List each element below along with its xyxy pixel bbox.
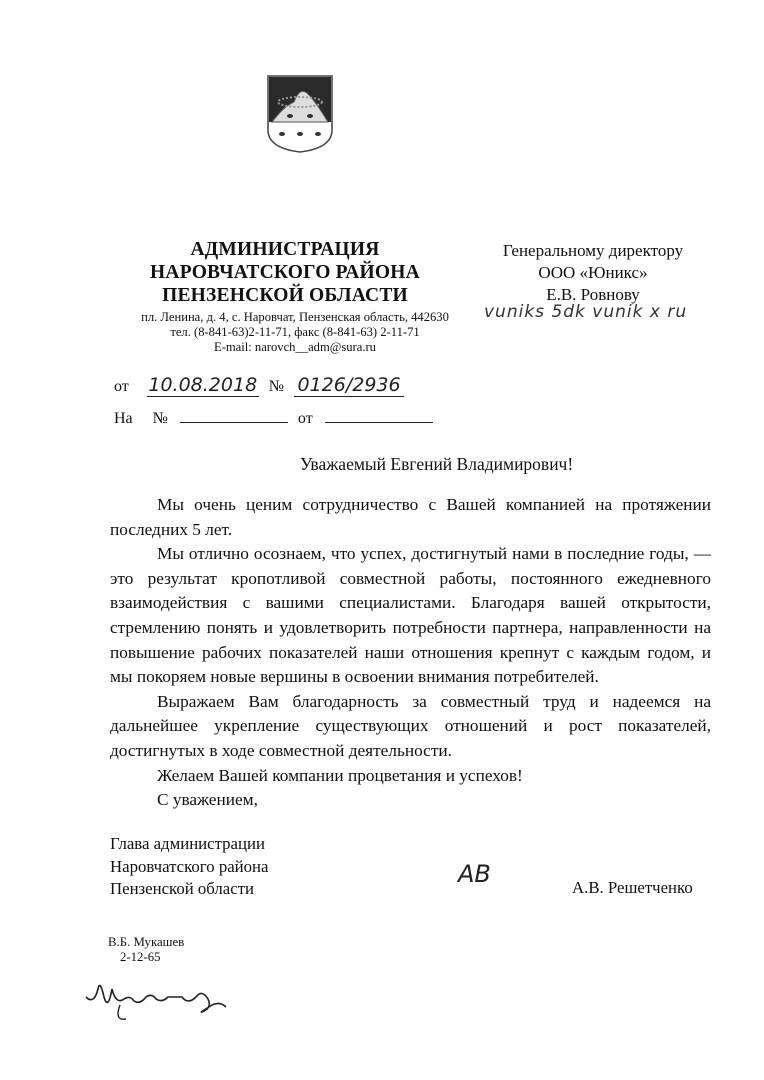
coat-of-arms-icon [264,72,336,154]
registration-date: 10.08.2018 [147,374,259,397]
from-label: от [114,378,129,396]
position-line: Наровчатского района [110,856,268,879]
number-label: № [269,378,284,396]
paragraph: Желаем Вашей компании процветания и успе… [110,764,711,789]
executor-block: В.Б. Мукашев 2-12-65 [108,935,184,965]
sender-contacts: пл. Ленина, д. 4, с. Наровчат, Пензенска… [134,310,456,355]
position-line: Глава администрации [110,833,268,856]
executor-phone: 2-12-65 [108,950,184,965]
reply-number-field [180,408,288,423]
recipient-block: Генеральному директору ООО «Юникс» Е.В. … [478,240,708,306]
handwritten-note: vuniks 5dk vunik x ru [484,302,687,322]
paragraph: Выражаем Вам благодарность за совместный… [110,690,711,764]
closing: С уважением, [110,788,711,813]
handwritten-signature: АВ [458,860,491,888]
signer-name: А.В. Решетченко [572,878,693,898]
org-line: АДМИНИСТРАЦИЯ [130,238,440,261]
paragraph: Мы отлично осознаем, что успех, достигну… [110,542,711,690]
reply-from-label: от [298,410,313,428]
registration-number: 0126/2936 [294,374,404,397]
reply-label: На [114,410,133,428]
reply-number-label: № [153,410,168,428]
executor-signature [80,975,230,1030]
paragraph: Мы очень ценим сотрудничество с Вашей ко… [110,493,711,542]
salutation: Уважаемый Евгений Владимирович! [0,454,764,475]
sender-phones: тел. (8-841-63)2-11-71, факс (8-841-63) … [134,325,456,340]
position-line: Пензенской области [110,878,268,901]
signer-position: Глава администрации Наровчатского района… [110,833,268,901]
registration-row: от 10.08.2018 № 0126/2936 [114,374,404,397]
sender-address: пл. Ленина, д. 4, с. Наровчат, Пензенска… [134,310,456,325]
sender-email: E-mail: narovch__adm@sura.ru [134,340,456,355]
letter-body: Мы очень ценим сотрудничество с Вашей ко… [110,493,711,813]
sender-organization: АДМИНИСТРАЦИЯ НАРОВЧАТСКОГО РАЙОНА ПЕНЗЕ… [130,238,440,307]
org-line: ПЕНЗЕНСКОЙ ОБЛАСТИ [130,284,440,307]
reply-row: На № от [114,408,433,428]
org-line: НАРОВЧАТСКОГО РАЙОНА [130,261,440,284]
recipient-line: Генеральному директору [478,240,708,262]
reply-date-field [325,408,433,423]
recipient-line: ООО «Юникс» [478,262,708,284]
executor-name: В.Б. Мукашев [108,935,184,950]
